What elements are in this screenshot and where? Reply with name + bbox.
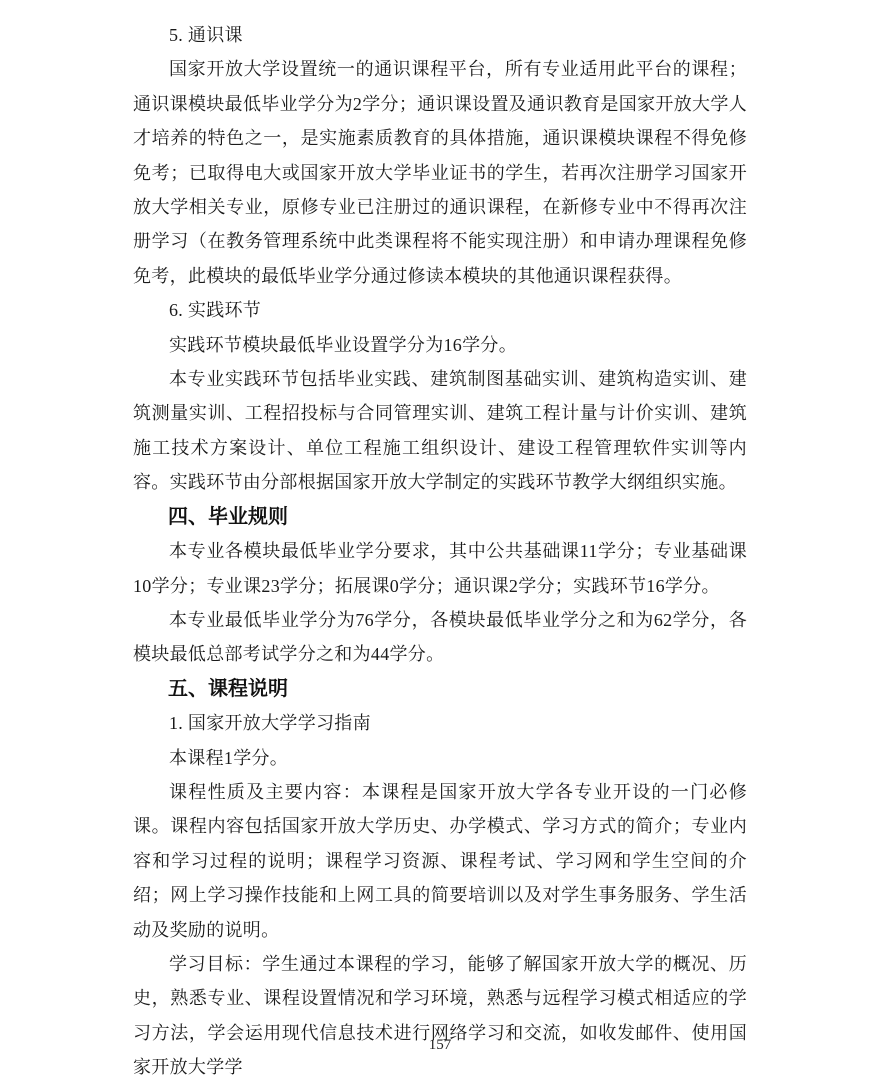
paragraph-course-nature: 课程性质及主要内容：本课程是国家开放大学各专业开设的一门必修课。课程内容包括国家… (133, 775, 747, 947)
paragraph-biye-total-credits: 本专业最低毕业学分为76学分，各模块最低毕业学分之和为62学分，各模块最低总部考… (133, 603, 747, 672)
paragraph-shijian-credits: 实践环节模块最低毕业设置学分为16学分。 (133, 328, 747, 362)
section-heading-kechengshuoming: 五、课程说明 (133, 672, 747, 706)
paragraph-biye-module-credits: 本专业各模块最低毕业学分要求，其中公共基础课11学分；专业基础课10学分；专业课… (133, 534, 747, 603)
paragraph-tongshike-body: 国家开放大学设置统一的通识课程平台，所有专业适用此平台的课程；通识课模块最低毕业… (133, 52, 747, 293)
section-heading-biyeguize: 四、毕业规则 (133, 500, 747, 534)
paragraph-learning-goal: 学习目标：学生通过本课程的学习，能够了解国家开放大学的概况、历史，熟悉专业、课程… (133, 947, 747, 1084)
paragraph-shijian-content: 本专业实践环节包括毕业实践、建筑制图基础实训、建筑构造实训、建筑测量实训、工程招… (133, 362, 747, 500)
page-content: 5. 通识课 国家开放大学设置统一的通识课程平台，所有专业适用此平台的课程；通识… (133, 18, 747, 1084)
document-page: 5. 通识课 国家开放大学设置统一的通识课程平台，所有专业适用此平台的课程；通识… (0, 0, 880, 1084)
page-number: 157 (0, 1037, 880, 1054)
subsection-heading-xuexizhinan: 1. 国家开放大学学习指南 (133, 706, 747, 740)
subsection-heading-shijianhuanjie: 6. 实践环节 (133, 293, 747, 327)
subsection-heading-tongshike: 5. 通识课 (133, 18, 747, 52)
paragraph-course-credit: 本课程1学分。 (133, 741, 747, 775)
